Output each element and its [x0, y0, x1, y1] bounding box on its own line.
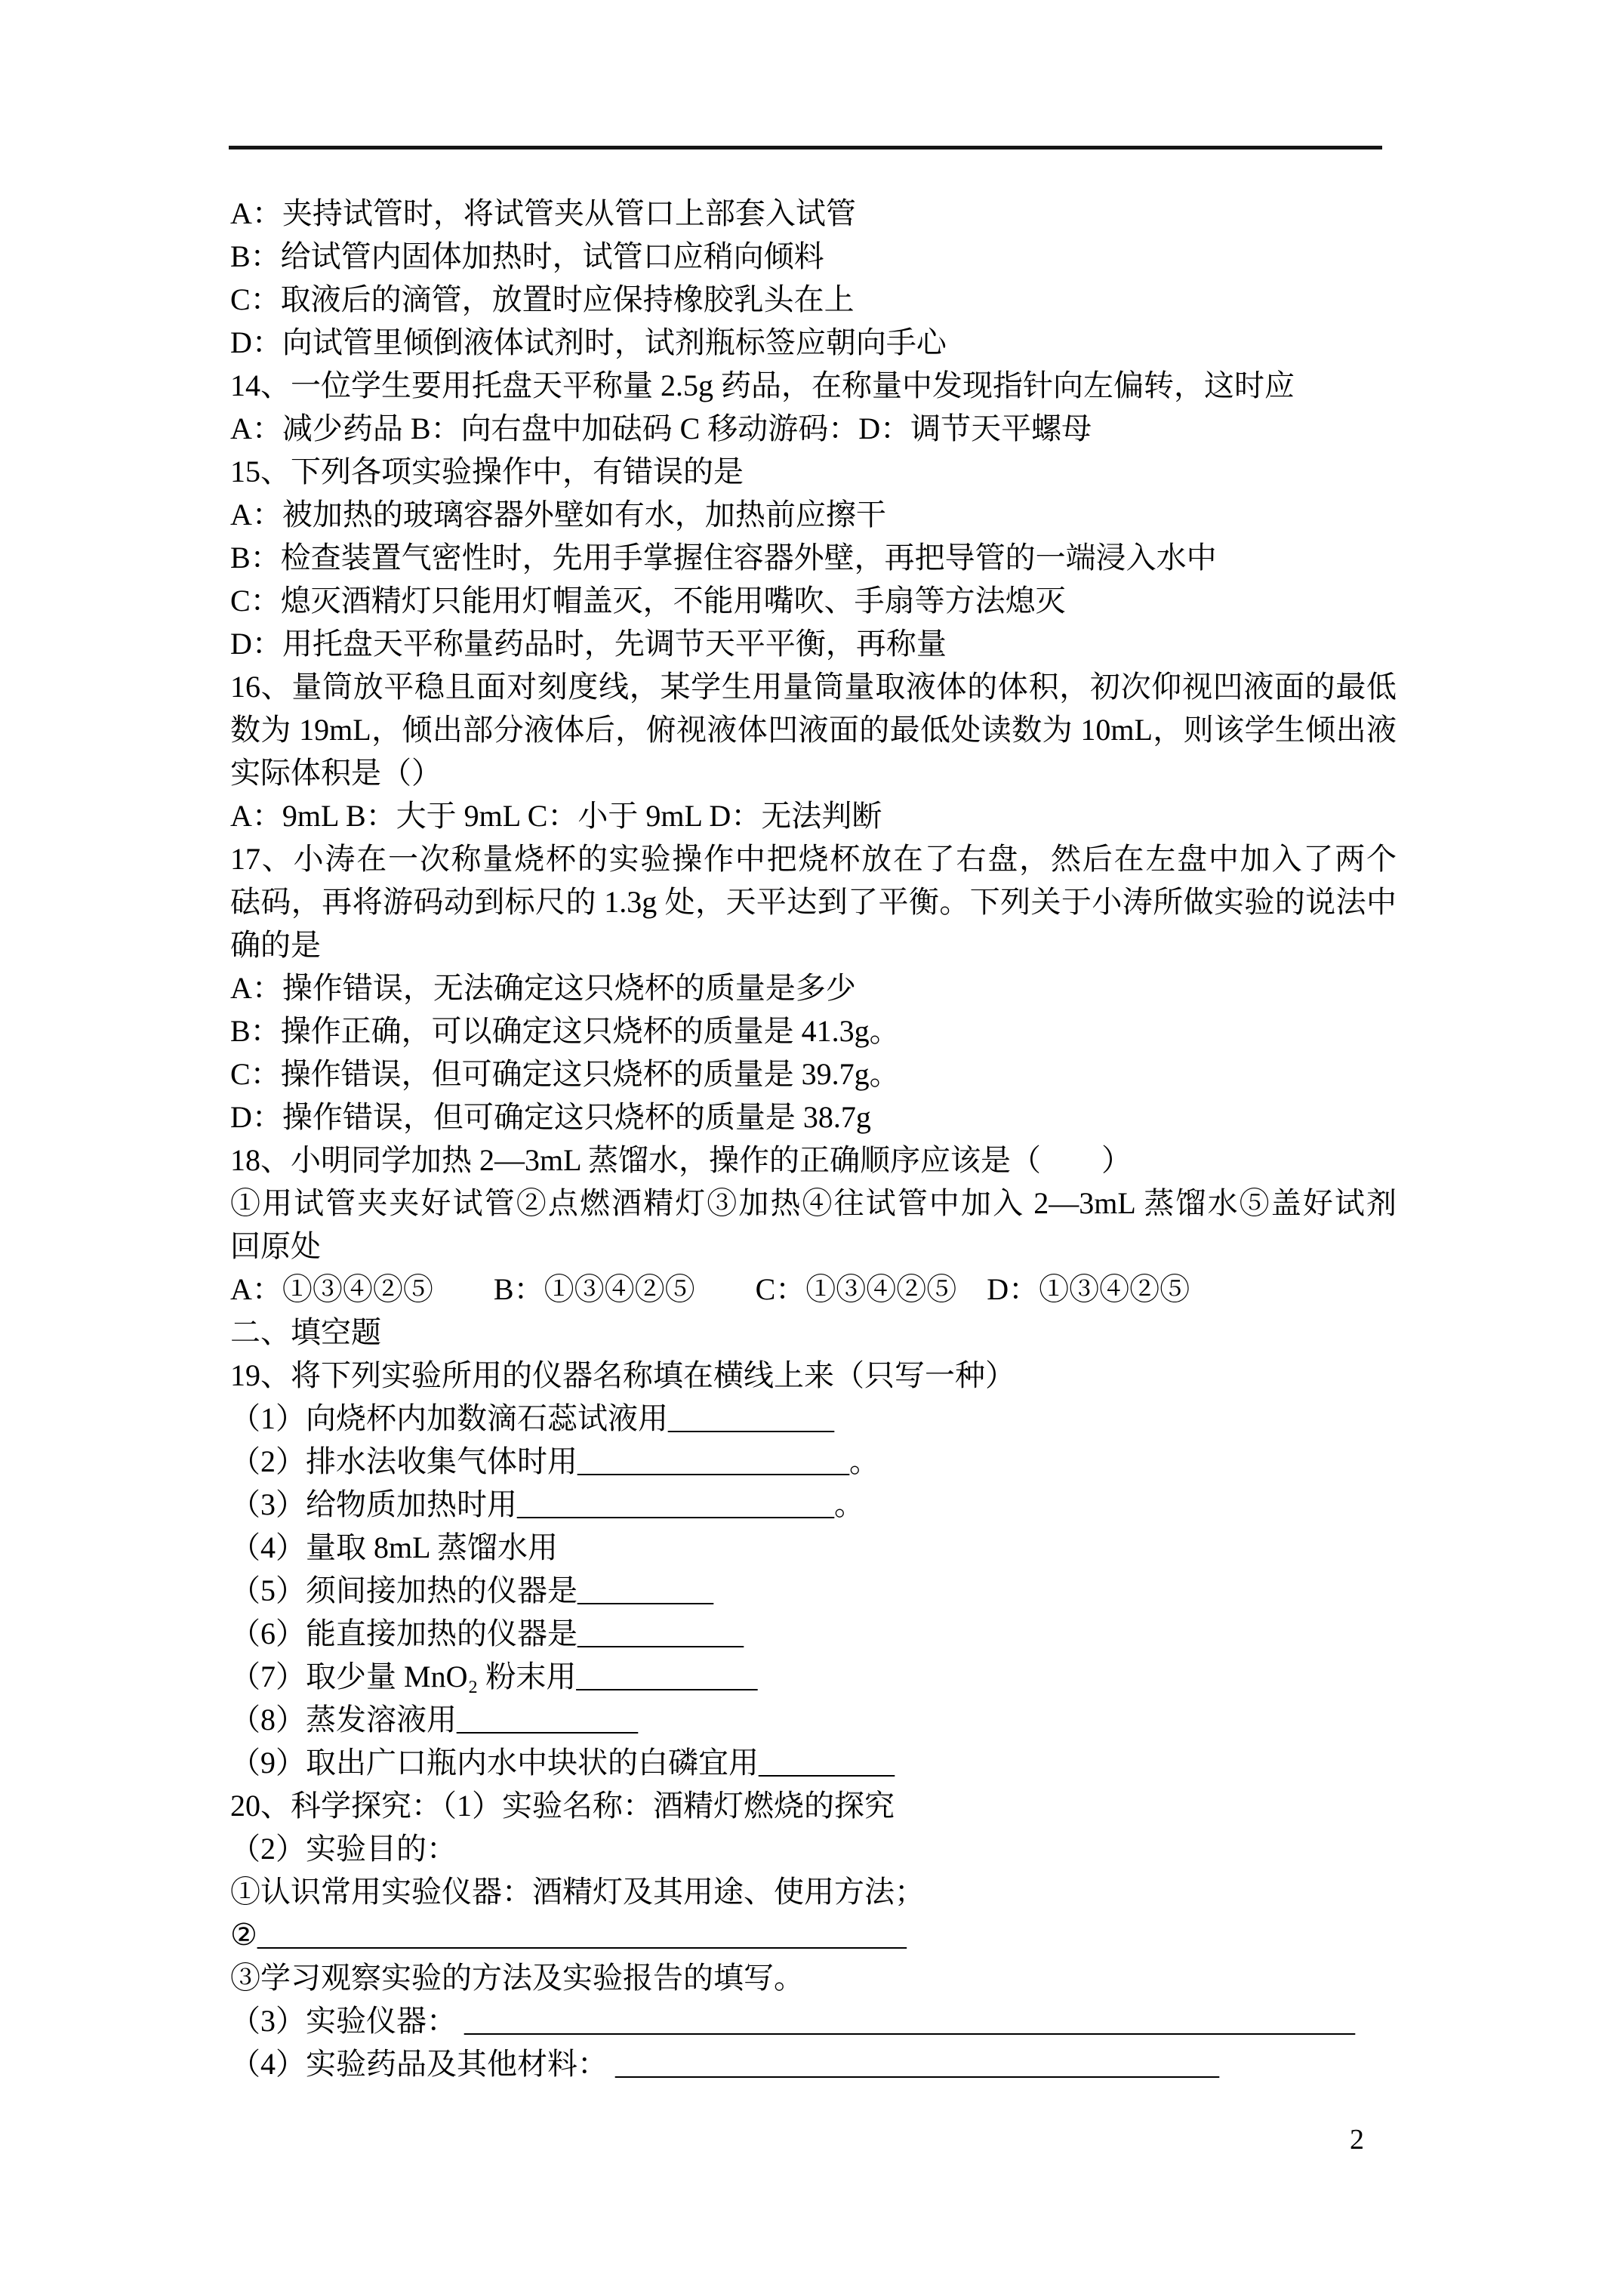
- document-line: 14、一位学生要用托盘天平称量 2.5g 药品，在称量中发现指针向左偏转，这时应: [230, 364, 1397, 407]
- document-line: ②_______________________________________…: [230, 1913, 1397, 1956]
- document-line: （4）量取 8mL 蒸馏水用: [230, 1526, 1397, 1569]
- document-line: 实际体积是（）: [230, 751, 1397, 794]
- document-line: 17、小涛在一次称量烧杯的实验操作中把烧杯放在了右盘，然后在左盘中加入了两个 2…: [230, 837, 1397, 880]
- document-line: 19、将下列实验所用的仪器名称填在横线上来（只写一种）: [230, 1354, 1397, 1397]
- document-line: 砝码，再将游码动到标尺的 1.3g 处，天平达到了平衡。下列关于小涛所做实验的说…: [230, 880, 1397, 923]
- document-line: （9）取出广口瓶内水中块状的白磷宜用_________: [230, 1741, 1397, 1784]
- document-page: A：夹持试管时，将试管夹从管口上部套入试管B：给试管内固体加热时，试管口应稍向倾…: [0, 0, 1623, 2296]
- document-line: （3）实验仪器： _______________________________…: [230, 1999, 1397, 2042]
- document-line: 二、填空题: [230, 1311, 1397, 1354]
- document-line: B：给试管内固体加热时，试管口应稍向倾料: [230, 235, 1397, 278]
- document-line: （5）须间接加热的仪器是_________: [230, 1569, 1397, 1612]
- document-line: ①认识常用实验仪器：酒精灯及其用途、使用方法；: [230, 1870, 1397, 1913]
- document-line: （2）排水法收集气体时用__________________。: [230, 1440, 1397, 1483]
- document-line: A：操作错误，无法确定这只烧杯的质量是多少: [230, 966, 1397, 1009]
- document-line: （3）给物质加热时用_____________________。: [230, 1483, 1397, 1526]
- document-line: A：①③④②⑤ B：①③④②⑤ C：①③④②⑤ D：①③④②⑤: [230, 1268, 1397, 1311]
- document-line: D：向试管里倾倒液体试剂时，试剂瓶标签应朝向手心: [230, 321, 1397, 364]
- document-line: B：操作正确，可以确定这只烧杯的质量是 41.3g。: [230, 1009, 1397, 1052]
- document-line: 16、量筒放平稳且面对刻度线，某学生用量筒量取液体的体积，初次仰视凹液面的最低点…: [230, 665, 1397, 708]
- document-line: （6）能直接加热的仪器是___________: [230, 1612, 1397, 1655]
- document-line: ③学习观察实验的方法及实验报告的填写。: [230, 1956, 1397, 1999]
- document-line: （1）向烧杯内加数滴石蕊试液用___________: [230, 1397, 1397, 1440]
- document-line: D：用托盘天平称量药品时，先调节天平平衡，再称量: [230, 622, 1397, 665]
- document-body: A：夹持试管时，将试管夹从管口上部套入试管B：给试管内固体加热时，试管口应稍向倾…: [230, 192, 1397, 2085]
- document-line: （2）实验目的：: [230, 1827, 1397, 1870]
- document-line: 回原处: [230, 1225, 1397, 1268]
- document-line: （7）取少量 MnO₂ 粉末用____________: [230, 1655, 1397, 1698]
- document-line: 20、科学探究：（1）实验名称：酒精灯燃烧的探究: [230, 1784, 1397, 1827]
- document-line: C：操作错误，但可确定这只烧杯的质量是 39.7g。: [230, 1052, 1397, 1096]
- document-line: C：取液后的滴管，放置时应保持橡胶乳头在上: [230, 278, 1397, 321]
- page-number: 2: [1350, 2123, 1364, 2156]
- document-line: A：被加热的玻璃容器外壁如有水，加热前应擦干: [230, 493, 1397, 536]
- document-line: 15、下列各项实验操作中，有错误的是: [230, 450, 1397, 493]
- document-line: ①用试管夹夹好试管②点燃酒精灯③加热④往试管中加入 2—3mL 蒸馏水⑤盖好试剂…: [230, 1182, 1397, 1225]
- header-divider-line: [229, 146, 1382, 149]
- document-line: （8）蒸发溶液用____________: [230, 1698, 1397, 1741]
- document-line: 确的是: [230, 923, 1397, 966]
- document-line: A：9mL B：大于 9mL C：小于 9mL D：无法判断: [230, 794, 1397, 837]
- document-line: B：检查装置气密性时，先用手掌握住容器外壁，再把导管的一端浸入水中: [230, 536, 1397, 579]
- document-line: C：熄灭酒精灯只能用灯帽盖灭，不能用嘴吹、手扇等方法熄灭: [230, 579, 1397, 622]
- document-line: 数为 19mL，倾出部分液体后，俯视液体凹液面的最低处读数为 10mL，则该学生…: [230, 708, 1397, 751]
- document-line: 18、小明同学加热 2—3mL 蒸馏水，操作的正确顺序应该是（ ）: [230, 1139, 1397, 1182]
- document-line: A：减少药品 B：向右盘中加砝码 C 移动游码：D：调节天平螺母: [230, 407, 1397, 450]
- document-line: A：夹持试管时，将试管夹从管口上部套入试管: [230, 192, 1397, 235]
- document-line: （4）实验药品及其他材料： __________________________…: [230, 2042, 1397, 2085]
- document-line: D：操作错误，但可确定这只烧杯的质量是 38.7g: [230, 1096, 1397, 1139]
